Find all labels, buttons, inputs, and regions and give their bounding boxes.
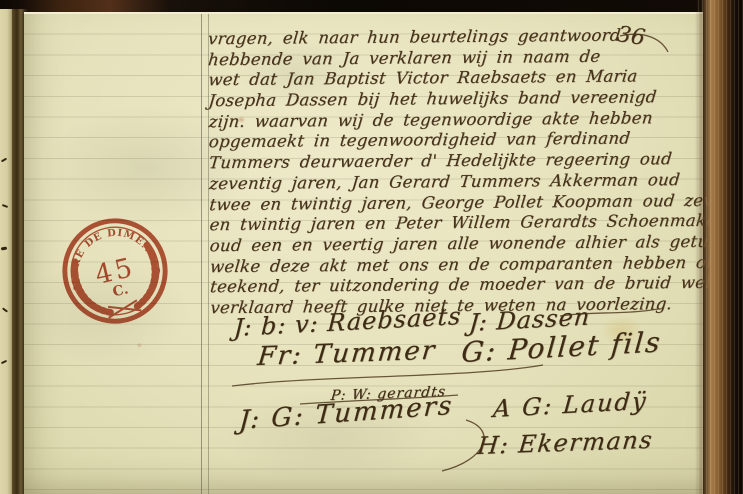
marginalia-ink-fragment	[1, 158, 7, 163]
marginalia-ink-fragment	[2, 307, 8, 312]
marginalia-ink-fragment	[1, 247, 7, 251]
revenue-stamp-artwork: TIMBRE DE DIMENSION 45 C.	[55, 211, 175, 331]
inline-number-annotation: 36	[615, 22, 647, 51]
marginalia-ink-fragment	[2, 204, 8, 208]
scanned-book-photo: TIMBRE DE DIMENSION 45 C. vragen, elk na…	[0, 0, 743, 494]
marginalia-ink-fragment	[1, 360, 7, 364]
book-fore-edge	[695, 0, 743, 494]
act-text-block: vragen, elk naar hun beurtelings geantwo…	[207, 25, 715, 319]
signature-witness-tummer: Fr: Tummer	[256, 336, 438, 372]
